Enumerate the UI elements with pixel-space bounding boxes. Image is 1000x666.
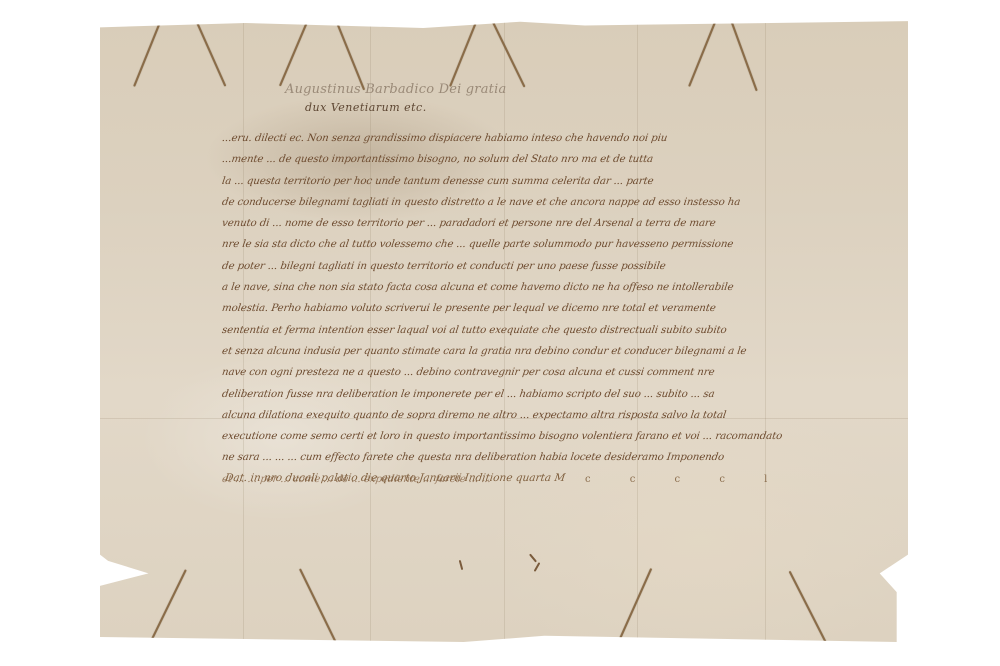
letter-line: de poter ... bilegni tagliati in questo … bbox=[221, 256, 804, 277]
tear-mark bbox=[459, 560, 464, 570]
doge-name-heading: Augustinus Barbadico Dei gratia bbox=[285, 82, 506, 97]
binding-string bbox=[279, 19, 309, 86]
letter-line: a le nave, sina che non sia stato facta … bbox=[221, 277, 804, 298]
binding-string bbox=[336, 20, 366, 90]
letter-line: molestia. Perho habiamo voluto scriverui… bbox=[221, 298, 804, 319]
letter-line: la ... questa territorio per hoc unde ta… bbox=[221, 171, 804, 192]
letter-line: nave con ogni presteza ne a questo ... d… bbox=[221, 362, 804, 383]
tear-mark bbox=[529, 554, 537, 563]
binding-string bbox=[196, 20, 227, 86]
letter-line: nre le sia sta dicto che al tutto voless… bbox=[221, 234, 804, 255]
letter-line: venuto di ... nome de esso territorio pe… bbox=[221, 213, 804, 234]
letter-line: alcuna dilationa exequito quanto de sopr… bbox=[221, 405, 804, 426]
binding-string bbox=[789, 571, 827, 643]
binding-string bbox=[450, 19, 478, 86]
letter-line: deliberation fusse nra deliberation le i… bbox=[221, 384, 804, 405]
letter-line: ...mente ... de questo importantissimo b… bbox=[221, 149, 804, 170]
binding-string bbox=[492, 20, 526, 87]
letter-line: sententia et ferma intention esser laqua… bbox=[221, 320, 804, 341]
letter-line: ...eru. dilecti ec. Non senza grandissim… bbox=[221, 128, 804, 149]
letter-line: et senza alcuna indusia per quanto stima… bbox=[221, 341, 804, 362]
dating-clause: Dat. in nro ducali palatio die quarto Ja… bbox=[224, 472, 566, 484]
letter-line: ne sara ... ... ... cum effecto farete c… bbox=[221, 447, 804, 468]
tear-mark bbox=[534, 562, 541, 572]
letter-body: ...eru. dilecti ec. Non senza grandissim… bbox=[222, 128, 802, 490]
binding-string bbox=[134, 19, 162, 86]
binding-string bbox=[689, 19, 717, 86]
binding-string bbox=[299, 569, 336, 643]
binding-string bbox=[149, 569, 186, 643]
binding-string bbox=[731, 20, 758, 91]
letter-line: de conducerse bilegnami tagliati in ques… bbox=[221, 192, 804, 213]
binding-string bbox=[617, 568, 652, 644]
letter-line: executione come semo certi et loro in qu… bbox=[221, 426, 804, 447]
doge-title-heading: dux Venetiarum etc. bbox=[305, 101, 427, 114]
date-numerals: c c c c l bbox=[585, 474, 785, 485]
